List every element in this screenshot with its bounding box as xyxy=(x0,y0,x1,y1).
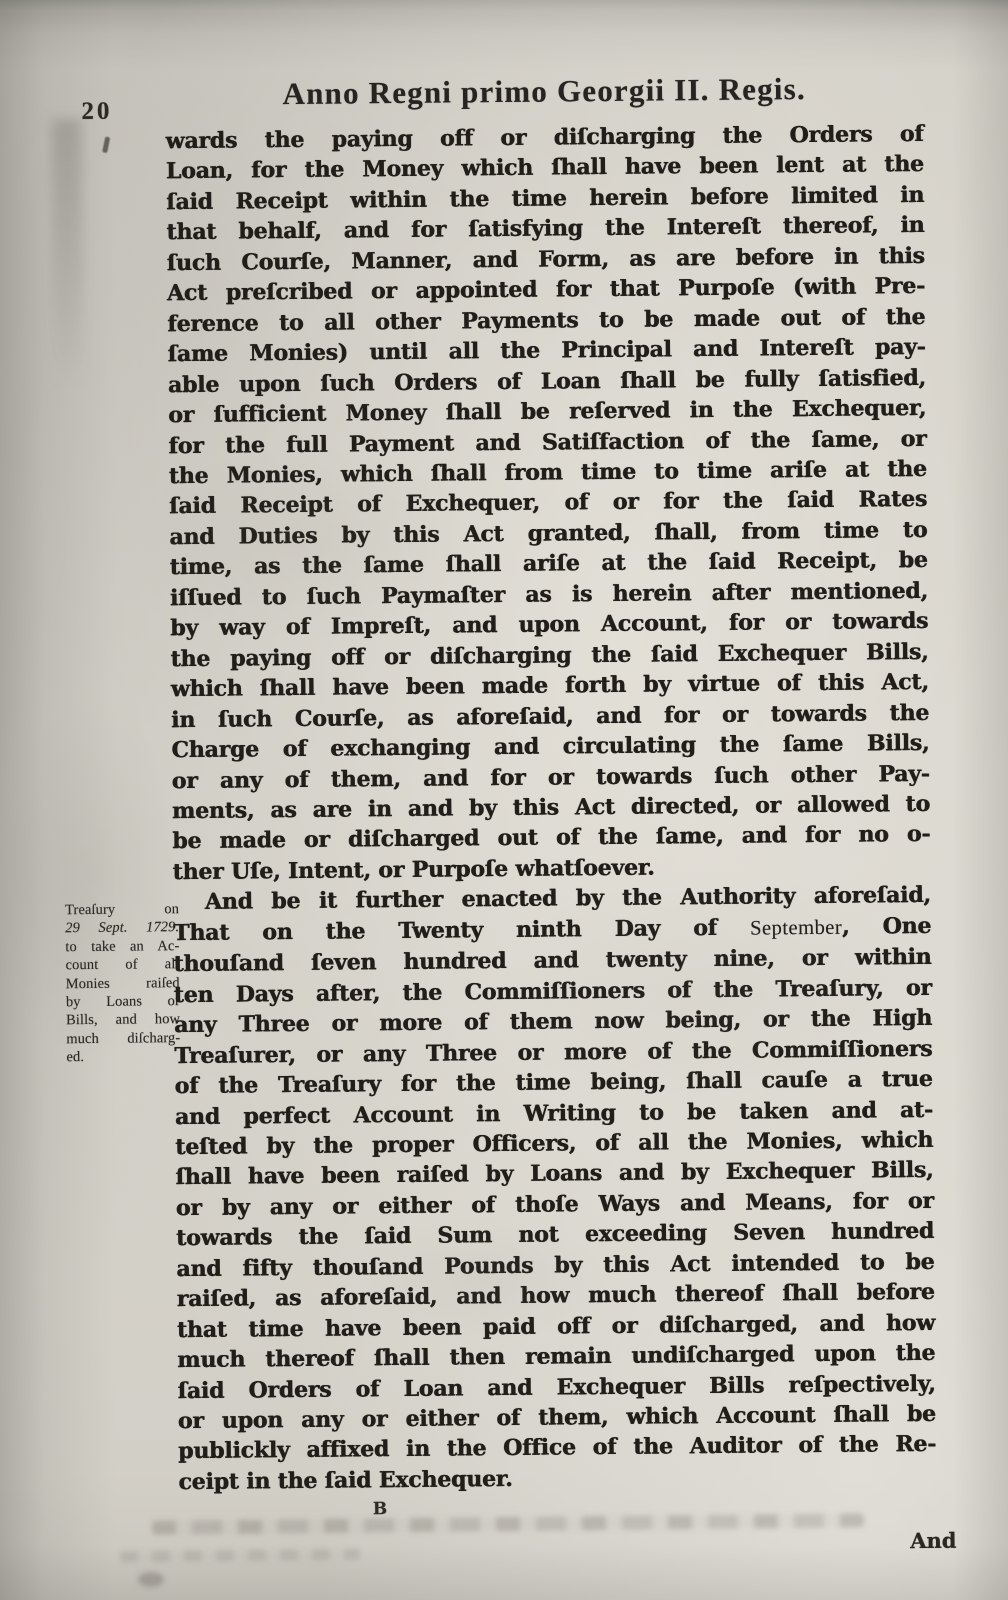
text-segment: ſaid Receipt of Exchequer, of or for the… xyxy=(169,486,927,519)
text-segment: publickly affixed in the Office of the A… xyxy=(178,1431,936,1464)
text-segment: or by any or either of thoſe Ways and Me… xyxy=(176,1188,934,1221)
text-segment: ceipt in the ſaid Exchequer. xyxy=(178,1466,512,1495)
text-segment: 29 Sept. 1729. xyxy=(65,920,179,937)
text-segment: September xyxy=(750,917,842,940)
text-line: Bills, and how xyxy=(66,1011,180,1030)
text-segment: or upon any or either of them, which Acc… xyxy=(178,1401,936,1434)
text-line: 29 Sept. 1729. xyxy=(65,919,179,938)
text-segment: towards the ſaid Sum not exceeding Seven… xyxy=(176,1218,934,1251)
scan-shadow-streak xyxy=(51,119,84,389)
text-segment: Treaſury on xyxy=(65,901,179,918)
text-segment: ed. xyxy=(66,1049,84,1065)
running-header: Anno Regni primo Georgii II. Regis. xyxy=(165,70,923,113)
text-segment: the Monies, which ſhall from time to tim… xyxy=(169,456,927,489)
text-segment: teſted by the proper Officers, of all th… xyxy=(175,1127,933,1160)
text-segment: That on the Twenty ninth Day of xyxy=(173,914,750,946)
body-text: wards the paying off or diſcharging the … xyxy=(166,119,937,1498)
text-segment: Bills, and how xyxy=(66,1012,180,1029)
text-segment: or ſufficient Money ſhall be reſerved in… xyxy=(168,395,926,428)
text-segment: be made or diſcharged out of the ſame, a… xyxy=(172,821,930,854)
text-segment: ſaid Receipt within the time herein befo… xyxy=(166,182,924,215)
scanned-page: 20 Anno Regni primo Georgii II. Regis. T… xyxy=(0,0,1008,1600)
text-segment: raiſed, as aforeſaid, and how much there… xyxy=(177,1279,935,1312)
text-segment: , One xyxy=(842,913,931,940)
text-segment: Treaſurer, or any Three or more of the C… xyxy=(174,1035,932,1068)
text-segment: by way of Impreſt, and upon Account, for… xyxy=(170,608,928,641)
text-line: Treaſury on xyxy=(65,900,179,919)
text-segment: much thereof ſhall then remain undiſchar… xyxy=(177,1340,935,1373)
margin-note: Treaſury on29 Sept. 1729.to take an Ac-c… xyxy=(65,900,181,1067)
text-segment: ference to all other Payments to be made… xyxy=(167,304,925,337)
text-segment: or any of them, and for or towards ſuch … xyxy=(172,760,930,793)
text-segment: Loan, for the Money which ſhall have bee… xyxy=(166,151,924,184)
text-segment: ſaid Orders of Loan and Exchequer Bills … xyxy=(178,1370,936,1403)
text-line: ed. xyxy=(66,1047,180,1066)
text-segment: time, as the ſame ſhall ariſe at the ſai… xyxy=(170,547,928,580)
text-segment: and Duties by this Act granted, ſhall, f… xyxy=(169,517,927,550)
text-segment: Charge of exchanging and circulating the… xyxy=(171,730,929,763)
text-line: Monies raiſed xyxy=(66,974,180,993)
text-segment: ten Days after, the Commiſſioners of the… xyxy=(174,975,932,1008)
text-line: by Loans or xyxy=(66,992,180,1011)
text-segment: count of all xyxy=(65,956,179,973)
text-segment: and fifty thouſand Pounds by this Act in… xyxy=(176,1249,934,1282)
text-segment: able upon ſuch Orders of Loan ſhall be f… xyxy=(168,365,926,398)
text-segment: Act preſcribed or appointed for that Pur… xyxy=(167,273,925,306)
text-segment: ſuch Courſe, Manner, and Form, as are be… xyxy=(167,243,925,276)
ink-mark xyxy=(102,136,110,153)
text-segment: that time have been paid off or diſcharg… xyxy=(177,1310,935,1343)
text-line: count of all xyxy=(65,955,179,974)
text-segment: the paying off or diſcharging the ſaid E… xyxy=(171,639,929,672)
text-line: ceipt in the ſaid Exchequer. xyxy=(178,1460,936,1498)
catchword: And xyxy=(910,1528,956,1553)
text-line: to take an Ac- xyxy=(65,937,179,956)
text-line: much diſcharg- xyxy=(66,1029,180,1048)
text-segment: ſhall have been raiſed by Loans and by E… xyxy=(175,1157,933,1190)
text-segment: Monies raiſed xyxy=(66,975,180,992)
signature-mark: B xyxy=(373,1499,388,1519)
page-number: 20 xyxy=(81,98,112,126)
text-segment: to take an Ac- xyxy=(65,938,179,955)
text-segment: wards the paying off or diſcharging the … xyxy=(166,121,924,154)
text-segment: and perfect Account in Writing to be tak… xyxy=(175,1096,933,1129)
text-segment: ments, as are in and by this Act directe… xyxy=(172,791,930,824)
text-segment: ther Uſe, Intent, or Purpoſe whatſoever. xyxy=(173,854,655,885)
page-rotation-wrap: 20 Anno Regni primo Georgii II. Regis. T… xyxy=(0,0,1008,1600)
text-segment: iſſued to ſuch Paymaſter as is herein af… xyxy=(170,578,928,611)
text-segment: that behalf, and for ſatisfying the Inte… xyxy=(166,212,924,245)
text-segment: much diſcharg- xyxy=(66,1030,180,1047)
text-segment: for the full Payment and Satiſfaction of… xyxy=(168,425,926,458)
text-segment: in ſuch Courſe, as aforeſaid, and for or… xyxy=(171,700,929,733)
text-segment: thouſand ſeven hundred and twenty nine, … xyxy=(173,944,931,977)
text-segment: ſame Monies) until all the Principal and… xyxy=(168,334,926,367)
text-segment: any Three or more of them now being, or … xyxy=(174,1005,932,1038)
text-segment: which ſhall have been made forth by virt… xyxy=(171,669,929,702)
text-segment: of the Treaſury for the time being, ſhal… xyxy=(175,1066,933,1099)
text-segment: by Loans or xyxy=(66,993,180,1010)
text-segment: And be it further enacted by the Authori… xyxy=(205,882,931,915)
